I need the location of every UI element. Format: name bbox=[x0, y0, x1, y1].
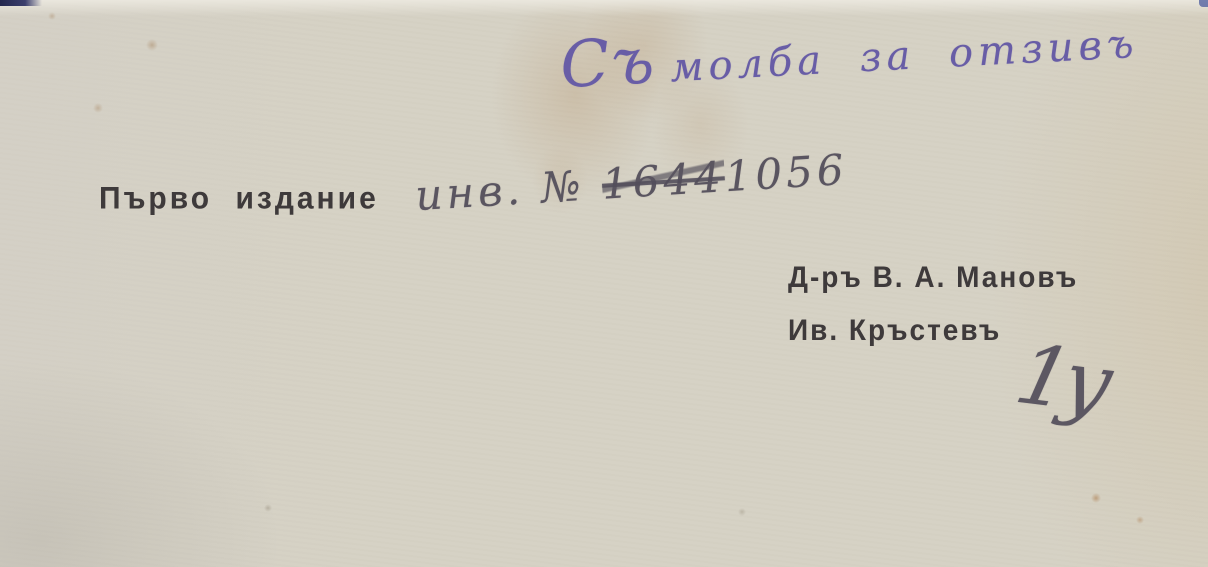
cover-edge-top-left bbox=[0, 0, 42, 6]
inventory-digits: 1056 bbox=[723, 145, 849, 201]
dedication-rest: молба за отзивъ bbox=[669, 21, 1139, 91]
inventory-prefix: инв. № bbox=[414, 160, 604, 220]
edition-statement: Първо издание bbox=[99, 181, 379, 217]
inventory-struck-digits: 1644 bbox=[601, 152, 727, 208]
scanned-book-page: Съмолба за отзивъ Първо издание инв. № 1… bbox=[0, 0, 1208, 567]
dedication-lead-word: Съ bbox=[558, 24, 657, 103]
cover-edge-top-right-speck bbox=[1199, 0, 1208, 7]
author-line-1: Д-ръ В. А. Мановъ bbox=[788, 251, 1078, 304]
handwritten-inventory-number: инв. № 16441056 bbox=[414, 145, 849, 220]
handwritten-dedication: Съмолба за отзивъ bbox=[558, 0, 1139, 103]
